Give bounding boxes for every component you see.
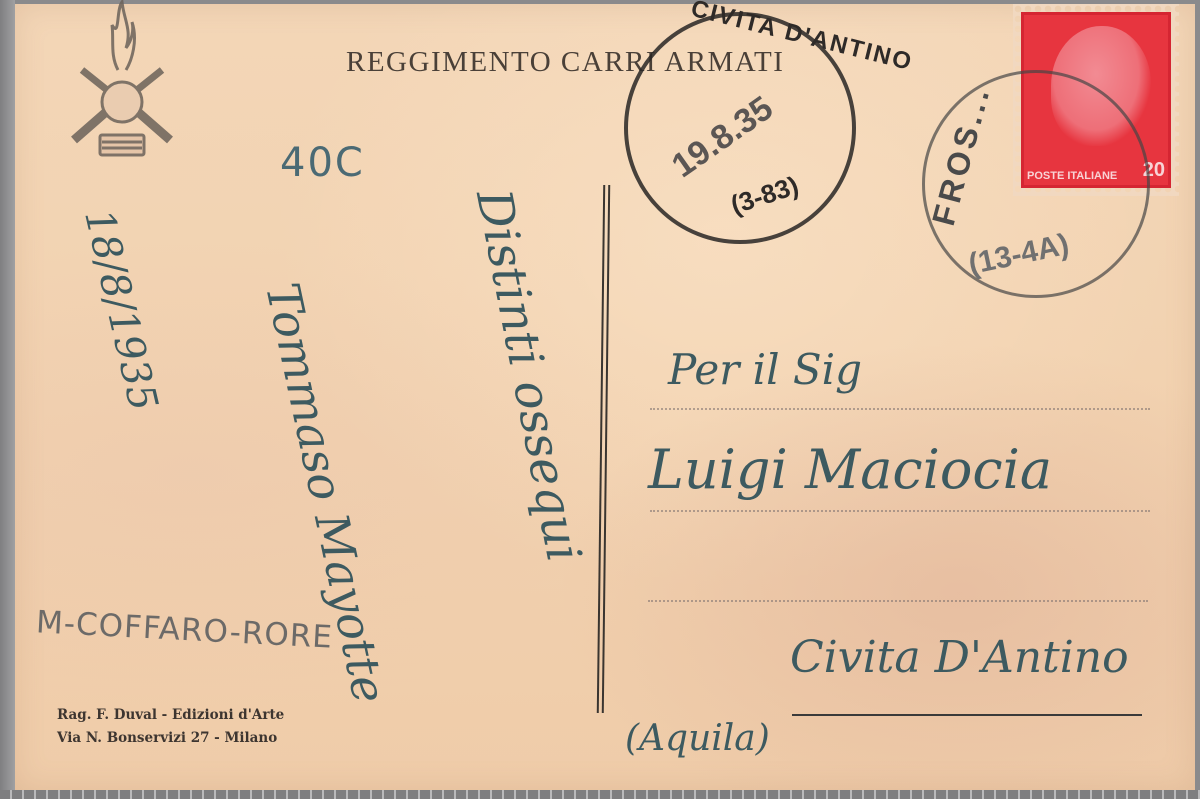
publisher-line-1: Rag. F. Duval - Edizioni d'Arte <box>57 704 284 727</box>
address-rule-3 <box>648 600 1148 602</box>
address-rule-1 <box>650 408 1150 410</box>
price-note: 40C <box>280 140 365 186</box>
scanner-edge <box>0 0 15 799</box>
address-province: (Aquila) <box>625 718 770 759</box>
publisher-imprint: Rag. F. Duval - Edizioni d'Arte Via N. B… <box>57 704 284 750</box>
address-town: Civita D'Antino <box>790 632 1129 683</box>
address-recipient: Luigi Maciocia <box>648 438 1052 501</box>
address-salutation: Per il Sig <box>668 345 862 394</box>
address-underline <box>792 714 1142 716</box>
scanner-bottom-edge <box>0 790 1200 799</box>
publisher-line-2: Via N. Bonservizi 27 - Milano <box>57 727 284 750</box>
flaming-grenade-icon <box>62 0 182 165</box>
address-rule-2 <box>650 510 1150 512</box>
